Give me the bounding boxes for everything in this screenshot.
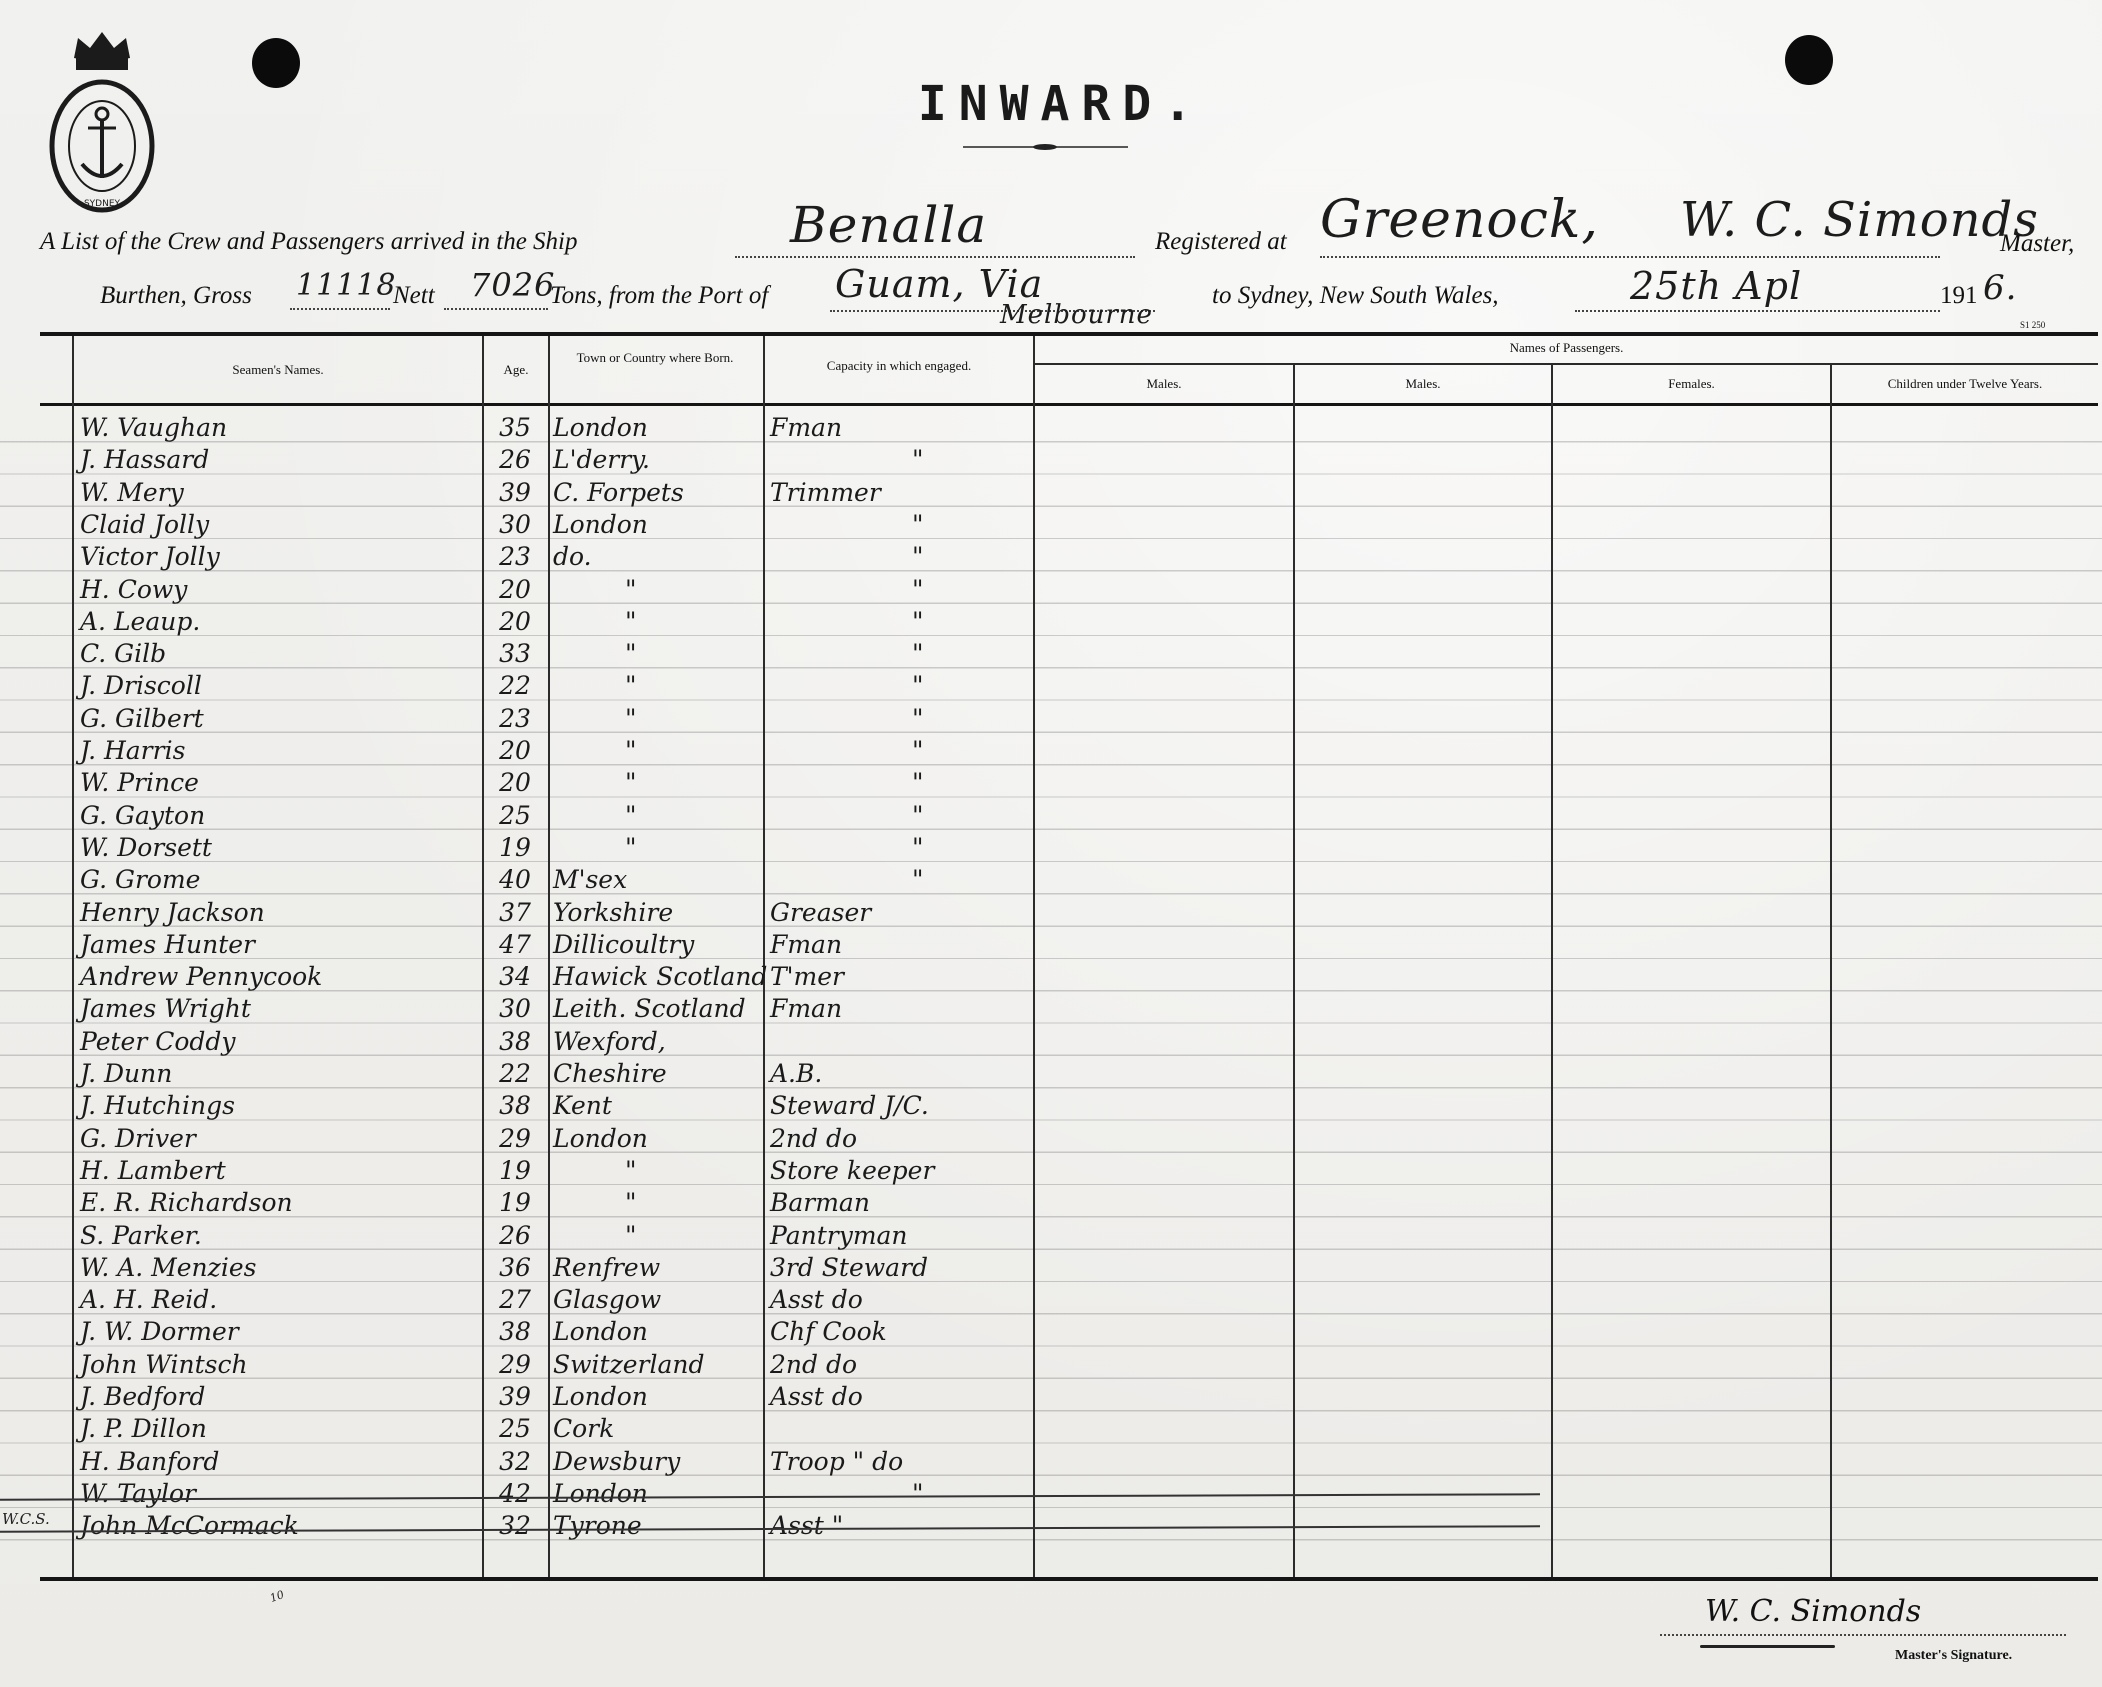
table-row: W. A. Menzies36Renfrew3rd Steward	[0, 1252, 1040, 1284]
col-header-males-1: Males.	[1035, 376, 1293, 392]
seaman-birthplace: "	[625, 800, 637, 832]
seaman-age: 30	[486, 509, 544, 541]
seaman-age: 39	[486, 477, 544, 509]
seaman-age: 47	[486, 929, 544, 961]
seaman-name: J. P. Dillon	[80, 1413, 207, 1445]
seaman-age: 20	[486, 574, 544, 606]
seaman-birthplace: do.	[553, 541, 592, 573]
seaman-birthplace: "	[625, 735, 637, 767]
seaman-capacity: Fman	[770, 412, 842, 444]
seaman-capacity: "	[912, 703, 924, 735]
col-border-females-children	[1830, 365, 1832, 1577]
seaman-age: 29	[486, 1349, 544, 1381]
seaman-capacity: "	[912, 864, 924, 896]
seaman-name: J. Harris	[80, 735, 185, 767]
seaman-age: 22	[486, 1058, 544, 1090]
seaman-name: J. W. Dormer	[80, 1316, 239, 1348]
seaman-birthplace: London	[553, 1316, 648, 1348]
table-row: G. Driver29London2nd do	[0, 1123, 1040, 1155]
seaman-name: H. Lambert	[80, 1155, 226, 1187]
svg-text:SYDNEY: SYDNEY	[84, 199, 121, 209]
seaman-age: 37	[486, 897, 544, 929]
seaman-age: 32	[486, 1446, 544, 1478]
col-header-capacity: Capacity in which engaged.	[765, 358, 1033, 374]
seaman-name: Victor Jolly	[80, 541, 220, 573]
seaman-capacity: T'mer	[770, 961, 844, 993]
seaman-name: James Hunter	[80, 929, 255, 961]
seaman-birthplace: Switzerland	[553, 1349, 705, 1381]
table-row: James Hunter47DillicoultryFman	[0, 929, 1040, 961]
seaman-birthplace: London	[553, 1123, 648, 1155]
seaman-capacity: "	[912, 670, 924, 702]
seaman-age: 39	[486, 1381, 544, 1413]
seaman-birthplace: Leith. Scotland	[553, 993, 746, 1025]
seaman-capacity: "	[912, 509, 924, 541]
seaman-birthplace: "	[625, 606, 637, 638]
table-row: W. Vaughan35LondonFman	[0, 412, 1040, 444]
table-row: W. Prince20""	[0, 767, 1040, 799]
table-row: J. Driscoll22""	[0, 670, 1040, 702]
seaman-birthplace: "	[625, 1187, 637, 1219]
seaman-age: 23	[486, 703, 544, 735]
year-prefix: 191	[1940, 282, 1978, 310]
seaman-birthplace: "	[625, 703, 637, 735]
master-name-value: W. C. Simonds	[1680, 192, 2039, 248]
seaman-capacity: Fman	[770, 993, 842, 1025]
seaman-birthplace: London	[553, 509, 648, 541]
seaman-age: 35	[486, 412, 544, 444]
registered-port-value: Greenock,	[1320, 190, 1599, 250]
seaman-capacity: Steward J/C.	[770, 1090, 929, 1122]
seaman-birthplace: London	[553, 1478, 648, 1510]
seaman-birthplace: Yorkshire	[553, 897, 673, 929]
label-crew-list: A List of the Crew and Passengers arrive…	[40, 228, 578, 256]
seaman-age: 25	[486, 1413, 544, 1445]
table-row: Victor Jolly23do."	[0, 541, 1040, 573]
seaman-name: John Wintsch	[80, 1349, 248, 1381]
seaman-capacity: "	[912, 606, 924, 638]
table-row: J. P. Dillon25Cork	[0, 1413, 1040, 1445]
table-row: Claid Jolly30London"	[0, 509, 1040, 541]
seaman-age: 20	[486, 735, 544, 767]
seaman-name: S. Parker.	[80, 1220, 202, 1252]
seaman-capacity: Troop " do	[770, 1446, 903, 1478]
seaman-birthplace: Renfrew	[553, 1252, 660, 1284]
seaman-capacity: A.B.	[770, 1058, 822, 1090]
seaman-birthplace: Glasgow	[553, 1284, 661, 1316]
seaman-name: J. Driscoll	[80, 670, 202, 702]
seaman-name: H. Banford	[80, 1446, 219, 1478]
gross-tons-value: 11118	[296, 268, 396, 303]
label-registered-at: Registered at	[1155, 228, 1287, 256]
seaman-name: G. Gayton	[80, 800, 205, 832]
seaman-name: W. Taylor	[80, 1478, 196, 1510]
seaman-capacity: Greaser	[770, 897, 871, 929]
seaman-name: J. Hutchings	[80, 1090, 235, 1122]
seaman-name: J. Dunn	[80, 1058, 172, 1090]
seaman-capacity: 2nd do	[770, 1349, 857, 1381]
seaman-birthplace: "	[625, 1220, 637, 1252]
table-row: H. Lambert19"Store keeper	[0, 1155, 1040, 1187]
col-header-females: Females.	[1553, 376, 1830, 392]
seaman-birthplace: Kent	[553, 1090, 612, 1122]
seaman-age: 26	[486, 444, 544, 476]
table-row: G. Gilbert23""	[0, 703, 1040, 735]
seaman-name: A. Leaup.	[80, 606, 200, 638]
seaman-capacity: "	[912, 444, 924, 476]
year-suffix-value: 6.	[1983, 268, 2017, 308]
table-row: W. Taylor42London"	[0, 1478, 1040, 1510]
seaman-capacity: "	[912, 832, 924, 864]
seaman-birthplace: Hawick Scotland	[553, 961, 767, 993]
table-row: A. H. Reid.27GlasgowAsst do	[0, 1284, 1040, 1316]
seaman-age: 27	[486, 1284, 544, 1316]
title-flourish-divider	[963, 142, 1128, 152]
seaman-capacity: "	[912, 800, 924, 832]
margin-initials-note: W.C.S.	[2, 1510, 50, 1528]
col-header-age: Age.	[484, 362, 548, 378]
table-row: John McCormack32TyroneAsst "	[0, 1510, 1040, 1542]
seaman-birthplace: Dillicoultry	[553, 929, 694, 961]
col-header-names-of-passengers: Names of Passengers.	[1035, 340, 2098, 356]
arrival-date-value: 25th Apl	[1630, 264, 1802, 308]
seaman-age: 38	[486, 1090, 544, 1122]
table-row: James Wright30Leith. ScotlandFman	[0, 993, 1040, 1025]
table-bottom-rule	[40, 1577, 2098, 1581]
seaman-age: 33	[486, 638, 544, 670]
passengers-group-rule	[1033, 363, 2098, 365]
table-row: G. Grome40M'sex"	[0, 864, 1040, 896]
seaman-birthplace: "	[625, 670, 637, 702]
col-header-seamens-names: Seamen's Names.	[74, 362, 482, 378]
seaman-capacity: "	[912, 541, 924, 573]
seaman-name: John McCormack	[80, 1510, 299, 1542]
label-nett: Nett	[393, 282, 435, 310]
seaman-name: W. Prince	[80, 767, 199, 799]
label-burthen-gross: Burthen, Gross	[100, 282, 252, 310]
nett-tons-value: 7026	[470, 266, 555, 304]
seaman-birthplace: Cork	[553, 1413, 614, 1445]
seaman-name: W. Vaughan	[80, 412, 227, 444]
seaman-age: 34	[486, 961, 544, 993]
seaman-birthplace: Dewsbury	[553, 1446, 680, 1478]
table-row: John Wintsch29Switzerland2nd do	[0, 1349, 1040, 1381]
seaman-age: 26	[486, 1220, 544, 1252]
table-row: J. Hassard26L'derry."	[0, 444, 1040, 476]
seaman-age: 38	[486, 1026, 544, 1058]
seaman-birthplace: "	[625, 574, 637, 606]
table-row: S. Parker.26"Pantryman	[0, 1220, 1040, 1252]
seaman-capacity: Fman	[770, 929, 842, 961]
seaman-birthplace: "	[625, 638, 637, 670]
col-header-born: Town or Country where Born.	[575, 350, 735, 366]
seaman-capacity: "	[912, 1478, 924, 1510]
seaman-name: E. R. Richardson	[80, 1187, 293, 1219]
page-title: INWARD.	[0, 76, 2102, 132]
label-tons-from-port: Tons, from the Port of	[550, 282, 768, 310]
seaman-name: G. Grome	[80, 864, 200, 896]
seaman-age: 36	[486, 1252, 544, 1284]
seaman-capacity: 3rd Steward	[770, 1252, 928, 1284]
seaman-name: James Wright	[80, 993, 251, 1025]
seaman-name: C. Gilb	[80, 638, 166, 670]
seaman-age: 19	[486, 832, 544, 864]
header-bottom-rule	[40, 403, 2098, 406]
seaman-capacity: Asst "	[770, 1510, 843, 1542]
seaman-age: 19	[486, 1155, 544, 1187]
col-border-males-males	[1293, 365, 1295, 1577]
seaman-capacity: "	[912, 574, 924, 606]
table-row: C. Gilb33""	[0, 638, 1040, 670]
seaman-age: 42	[486, 1478, 544, 1510]
col-border-males-females	[1551, 365, 1553, 1577]
seaman-age: 30	[486, 993, 544, 1025]
table-row: J. Dunn22CheshireA.B.	[0, 1058, 1040, 1090]
seaman-birthplace: London	[553, 412, 648, 444]
label-to-sydney: to Sydney, New South Wales,	[1212, 282, 1499, 310]
col-header-males-2: Males.	[1295, 376, 1551, 392]
seaman-age: 20	[486, 606, 544, 638]
seaman-name: Andrew Pennycook	[80, 961, 322, 993]
seaman-name: Claid Jolly	[80, 509, 209, 541]
master-signature: W. C. Simonds	[1705, 1594, 1921, 1629]
seaman-name: G. Gilbert	[80, 703, 204, 735]
seaman-capacity: Trimmer	[770, 477, 881, 509]
seaman-age: 20	[486, 767, 544, 799]
table-row: J. Bedford39LondonAsst do	[0, 1381, 1040, 1413]
seaman-age: 23	[486, 541, 544, 573]
seaman-age: 22	[486, 670, 544, 702]
seaman-capacity: Pantryman	[770, 1220, 908, 1252]
signature-underline	[1700, 1645, 1835, 1648]
form-number: S1 250	[2020, 320, 2045, 330]
seaman-capacity: "	[912, 638, 924, 670]
table-row: Peter Coddy38Wexford,	[0, 1026, 1040, 1058]
table-row: A. Leaup.20""	[0, 606, 1040, 638]
seaman-age: 19	[486, 1187, 544, 1219]
seaman-age: 40	[486, 864, 544, 896]
seaman-capacity: Asst do	[770, 1381, 863, 1413]
seaman-age: 25	[486, 800, 544, 832]
seaman-birthplace: M'sex	[553, 864, 627, 896]
seaman-birthplace: L'derry.	[553, 444, 650, 476]
col-header-children: Children under Twelve Years.	[1832, 376, 2098, 392]
seaman-birthplace: "	[625, 832, 637, 864]
label-master: Master,	[2000, 230, 2074, 258]
table-row: H. Cowy20""	[0, 574, 1040, 606]
seaman-birthplace: "	[625, 767, 637, 799]
table-row: Andrew Pennycook34Hawick ScotlandT'mer	[0, 961, 1040, 993]
table-row: H. Banford32DewsburyTroop " do	[0, 1446, 1040, 1478]
seaman-name: W. A. Menzies	[80, 1252, 256, 1284]
seaman-name: H. Cowy	[80, 574, 187, 606]
seaman-capacity: Asst do	[770, 1284, 863, 1316]
signature-label: Master's Signature.	[1895, 1648, 2012, 1664]
seaman-name: W. Dorsett	[80, 832, 212, 864]
ship-name-value: Benalla	[790, 196, 987, 254]
table-row: J. W. Dormer38LondonChf Cook	[0, 1316, 1040, 1348]
signature-line	[1660, 1634, 2066, 1636]
seaman-name: Peter Coddy	[80, 1026, 236, 1058]
table-row: W. Dorsett19""	[0, 832, 1040, 864]
via-port-value: Melbourne	[1000, 300, 1153, 330]
seaman-capacity: Barman	[770, 1187, 870, 1219]
seaman-age: 32	[486, 1510, 544, 1542]
seaman-name: A. H. Reid.	[80, 1284, 217, 1316]
table-row: J. Hutchings38KentSteward J/C.	[0, 1090, 1040, 1122]
seaman-birthplace: "	[625, 1155, 637, 1187]
seaman-birthplace: Wexford,	[553, 1026, 666, 1058]
seaman-name: Henry Jackson	[80, 897, 265, 929]
seaman-birthplace: C. Forpets	[553, 477, 684, 509]
seaman-birthplace: London	[553, 1381, 648, 1413]
table-row: J. Harris20""	[0, 735, 1040, 767]
seaman-birthplace: Cheshire	[553, 1058, 667, 1090]
table-row: W. Mery39C. ForpetsTrimmer	[0, 477, 1040, 509]
seaman-capacity: 2nd do	[770, 1123, 857, 1155]
seaman-name: G. Driver	[80, 1123, 196, 1155]
seaman-name: J. Bedford	[80, 1381, 205, 1413]
seaman-capacity: Chf Cook	[770, 1316, 887, 1348]
seaman-age: 29	[486, 1123, 544, 1155]
seaman-capacity: "	[912, 735, 924, 767]
seaman-birthplace: Tyrone	[553, 1510, 642, 1542]
table-row: Henry Jackson37YorkshireGreaser	[0, 897, 1040, 929]
seaman-capacity: Store keeper	[770, 1155, 934, 1187]
seaman-name: W. Mery	[80, 477, 184, 509]
seaman-name: J. Hassard	[80, 444, 209, 476]
table-row: G. Gayton25""	[0, 800, 1040, 832]
seaman-capacity: "	[912, 767, 924, 799]
table-top-rule	[40, 332, 2098, 336]
table-row: E. R. Richardson19"Barman	[0, 1187, 1040, 1219]
seaman-age: 38	[486, 1316, 544, 1348]
